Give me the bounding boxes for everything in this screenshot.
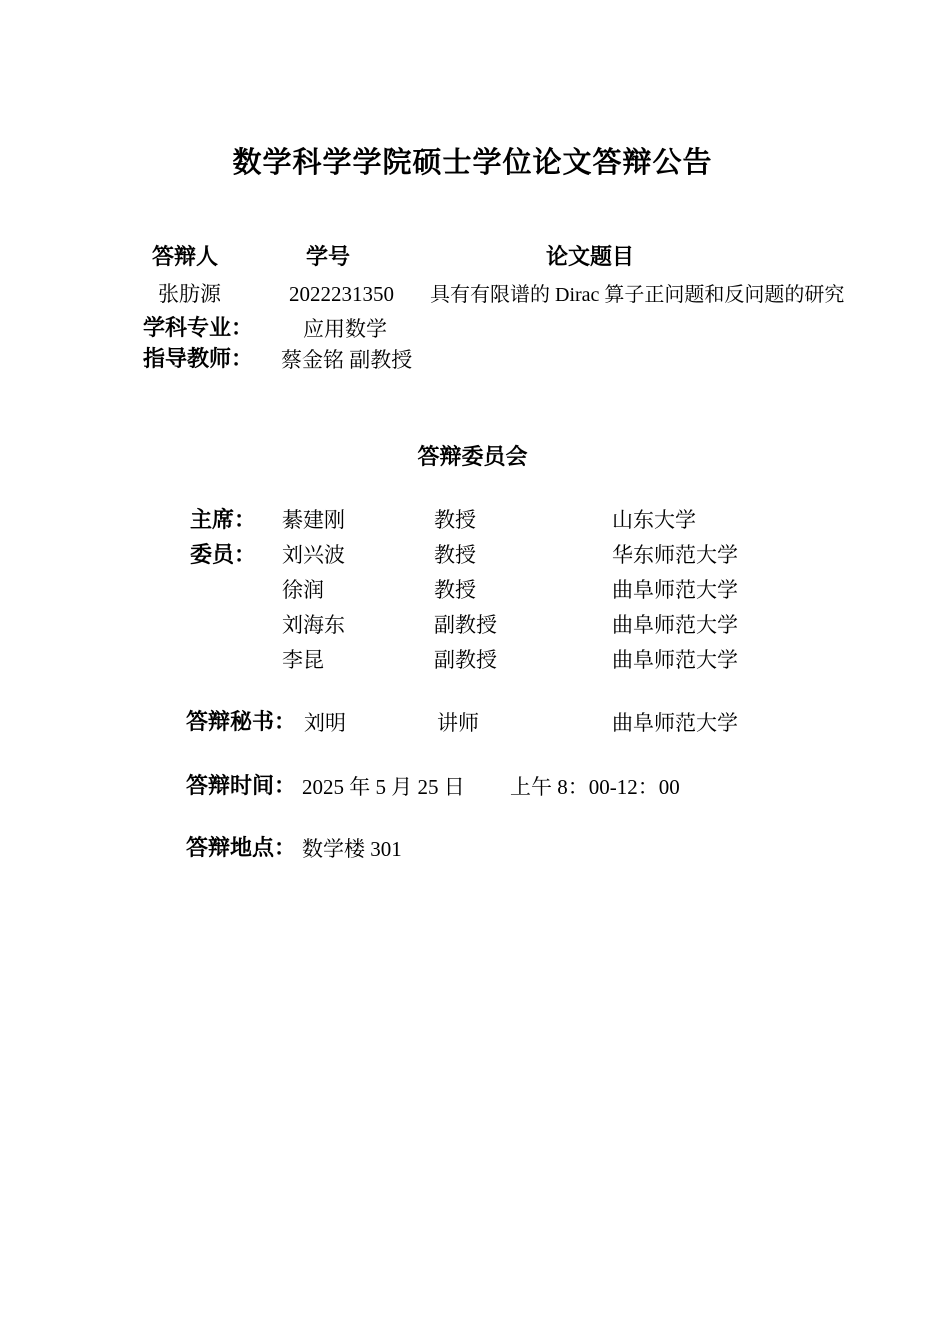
committee-member-name: 李昆 <box>282 646 324 674</box>
secretary-name: 刘明 <box>304 709 346 737</box>
major-label: 学科专业： <box>143 314 253 342</box>
secretary-label: 答辩秘书： <box>186 708 296 736</box>
defense-time-range: 上午 8：00-12：00 <box>510 773 680 801</box>
defense-date: 2025 年 5 月 25 日 <box>302 773 465 801</box>
defense-location: 数学楼 301 <box>302 835 402 863</box>
defender-column-header: 答辩人 <box>152 243 218 271</box>
committee-member-affiliation: 山东大学 <box>612 506 696 534</box>
committee-member-name: 刘海东 <box>282 611 345 639</box>
secretary-affiliation: 曲阜师范大学 <box>612 709 738 737</box>
defender-name: 张肪源 <box>158 280 221 308</box>
secretary-title: 讲师 <box>437 709 479 737</box>
committee-member-title: 副教授 <box>434 611 497 639</box>
committee-role-label: 委员： <box>190 541 256 569</box>
student-id: 2022231350 <box>289 280 394 308</box>
announcement-document: 数学科学学院硕士学位论文答辩公告 答辩人 学号 论文题目 张肪源 2022231… <box>0 0 945 1336</box>
major-value: 应用数学 <box>303 315 387 343</box>
committee-member-affiliation: 曲阜师范大学 <box>612 611 738 639</box>
committee-member-title: 教授 <box>434 506 476 534</box>
committee-member-affiliation: 华东师范大学 <box>612 541 738 569</box>
committee-member-title: 教授 <box>434 576 476 604</box>
advisor-value: 蔡金铭 副教授 <box>281 346 412 374</box>
committee-member-name: 刘兴波 <box>282 541 345 569</box>
student-id-column-header: 学号 <box>306 243 350 271</box>
document-title: 数学科学学院硕士学位论文答辩公告 <box>0 140 945 181</box>
committee-member-name: 徐润 <box>282 576 324 604</box>
defense-time-label: 答辩时间： <box>186 772 296 800</box>
thesis-title-column-header: 论文题目 <box>546 243 634 271</box>
committee-member-title: 教授 <box>434 541 476 569</box>
committee-heading: 答辩委员会 <box>0 440 945 471</box>
advisor-label: 指导教师： <box>143 345 253 373</box>
thesis-title: 具有有限谱的 Dirac 算子正问题和反问题的研究 <box>430 281 844 309</box>
committee-member-affiliation: 曲阜师范大学 <box>612 576 738 604</box>
defense-location-label: 答辩地点： <box>186 834 296 862</box>
committee-member-title: 副教授 <box>434 646 497 674</box>
committee-role-label: 主席： <box>190 506 256 534</box>
committee-member-name: 綦建刚 <box>282 506 345 534</box>
committee-member-affiliation: 曲阜师范大学 <box>612 646 738 674</box>
